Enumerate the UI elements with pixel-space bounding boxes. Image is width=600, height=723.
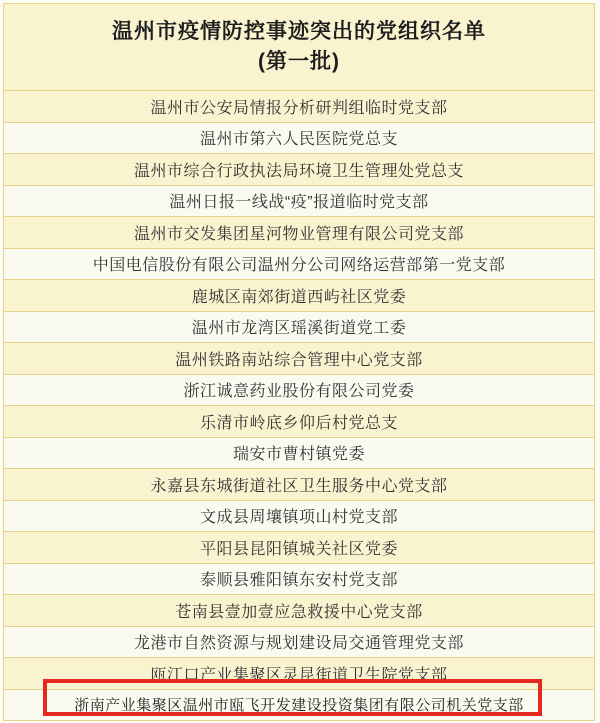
- list-item: 温州市交发集团星河物业管理有限公司党支部: [4, 216, 594, 248]
- org-name: 瑞安市曹村镇党委: [233, 441, 365, 464]
- list-item: 温州市第六人民医院党总支: [4, 122, 594, 154]
- org-name: 鹿城区南郊街道西屿社区党委: [192, 284, 407, 307]
- list-item: 泰顺县雅阳镇东安村党支部: [4, 563, 594, 595]
- org-name: 苍南县壹加壹应急救援中心党支部: [175, 599, 423, 622]
- org-name: 瓯江口产业集聚区灵昆街道卫生院党支部: [150, 662, 447, 685]
- org-name: 浙江诚意药业股份有限公司党委: [183, 378, 414, 401]
- org-name: 龙港市自然资源与规划建设局交通管理党支部: [134, 630, 464, 653]
- list-item: 永嘉县东城街道社区卫生服务中心党支部: [4, 468, 594, 500]
- list-item: 温州市综合行政执法局环境卫生管理处党总支: [4, 153, 594, 185]
- org-name: 温州市交发集团星河物业管理有限公司党支部: [134, 221, 464, 244]
- org-name: 温州日报一线战“疫”报道临时党支部: [169, 189, 428, 212]
- list-item: 温州铁路南站综合管理中心党支部: [4, 342, 594, 374]
- org-name: 文成县周壤镇项山村党支部: [200, 504, 398, 527]
- org-name: 永嘉县东城街道社区卫生服务中心党支部: [150, 473, 447, 496]
- org-name: 平阳县昆阳镇城关社区党委: [200, 536, 398, 559]
- org-name: 乐清市岭底乡仰后村党总支: [200, 410, 398, 433]
- list-item: 龙港市自然资源与规划建设局交通管理党支部: [4, 626, 594, 658]
- org-name: 泰顺县雅阳镇东安村党支部: [200, 567, 398, 590]
- org-list: 温州市公安局情报分析研判组临时党支部 温州市第六人民医院党总支 温州市综合行政执…: [4, 91, 594, 720]
- list-item: 中国电信股份有限公司温州分公司网络运营部第一党支部: [4, 248, 594, 280]
- org-name: 温州市龙湾区瑶溪街道党工委: [192, 315, 407, 338]
- title-block: 温州市疫情防控事迹突出的党组织名单 (第一批): [4, 4, 594, 91]
- list-item: 文成县周壤镇项山村党支部: [4, 500, 594, 532]
- list-item: 苍南县壹加壹应急救援中心党支部: [4, 594, 594, 626]
- org-name: 中国电信股份有限公司温州分公司网络运营部第一党支部: [93, 252, 506, 275]
- list-item: 浙南产业集聚区温州市瓯飞开发建设投资集团有限公司机关党支部: [4, 689, 594, 721]
- list-item: 温州市公安局情报分析研判组临时党支部: [4, 91, 594, 122]
- list-item: 平阳县昆阳镇城关社区党委: [4, 531, 594, 563]
- org-name: 温州铁路南站综合管理中心党支部: [175, 347, 423, 370]
- org-name: 温州市综合行政执法局环境卫生管理处党总支: [134, 158, 464, 181]
- list-item: 温州市龙湾区瑶溪街道党工委: [4, 311, 594, 343]
- announcement-card: 温州市疫情防控事迹突出的党组织名单 (第一批) 温州市公安局情报分析研判组临时党…: [3, 3, 595, 721]
- org-name: 浙南产业集聚区温州市瓯飞开发建设投资集团有限公司机关党支部: [74, 694, 524, 715]
- org-name: 温州市公安局情报分析研判组临时党支部: [150, 95, 447, 118]
- list-item: 乐清市岭底乡仰后村党总支: [4, 405, 594, 437]
- page-subtitle: (第一批): [258, 48, 340, 76]
- list-item: 瓯江口产业集聚区灵昆街道卫生院党支部: [4, 657, 594, 689]
- list-item: 鹿城区南郊街道西屿社区党委: [4, 279, 594, 311]
- list-item: 浙江诚意药业股份有限公司党委: [4, 374, 594, 406]
- page-title: 温州市疫情防控事迹突出的党组织名单: [112, 18, 486, 46]
- list-item: 温州日报一线战“疫”报道临时党支部: [4, 185, 594, 217]
- list-item: 瑞安市曹村镇党委: [4, 437, 594, 469]
- org-name: 温州市第六人民医院党总支: [200, 126, 398, 149]
